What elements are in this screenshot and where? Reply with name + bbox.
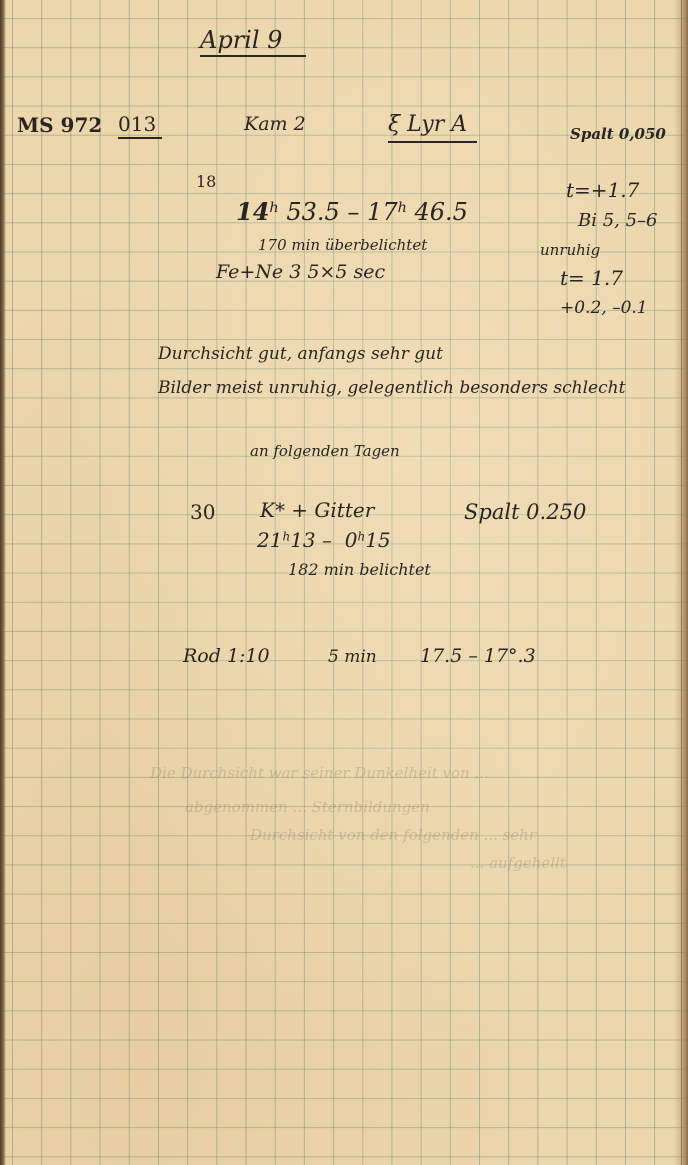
remark-line-3: an folgenden Tagen — [250, 444, 400, 459]
side-note-5: +0.2, –0.1 — [560, 300, 648, 317]
exposure-2-end-min: 15 — [365, 528, 390, 552]
plate-id: MS 972 — [17, 115, 102, 135]
page-right-edge — [674, 0, 688, 1165]
exposure-1-day: 18 — [196, 174, 216, 190]
exposure-1-duration: 170 min überbelichtet — [258, 238, 427, 253]
bleed-through-line-3: Durchsicht von den folgenden ... sehr — [250, 828, 536, 843]
exposure-2-day: 30 — [190, 502, 215, 522]
slit-width: Spalt 0,050 — [570, 127, 666, 142]
page-date: April 9 — [200, 28, 306, 57]
exposure-1-end-min: 46.5 — [415, 198, 468, 226]
time-separator: – — [322, 528, 332, 552]
exposure-2-start-hour: 21 — [257, 528, 282, 552]
side-note-1: t=+1.7 — [566, 180, 639, 200]
notebook-page: April 9 MS 972 013 Kam 2 ξ Lyr A Spalt 0… — [0, 0, 688, 1165]
development-temperature: 17.5 – 17°.3 — [420, 647, 536, 666]
developer: Rod 1:10 — [183, 647, 270, 666]
binding-edge — [0, 0, 6, 1165]
exposure-2-end-hour: 0 — [345, 528, 358, 552]
hour-mark: h — [398, 200, 407, 216]
exposure-2-slit: Spalt 0.250 — [464, 502, 586, 523]
plate-number: 013 — [118, 114, 162, 139]
exposure-1-end-hour: 17 — [367, 198, 398, 226]
exposure-2-times: 21h13 – 0h15 — [257, 530, 391, 550]
development-time: 5 min — [328, 649, 377, 666]
exposure-2-duration: 182 min belichtet — [288, 562, 431, 578]
time-separator: – — [347, 198, 359, 226]
remark-line-2: Bilder meist unruhig, gelegentlich beson… — [158, 380, 625, 397]
bleed-through-line-4: ... aufgehellt — [470, 856, 566, 871]
exposure-1-start-hour: 14 — [236, 197, 269, 226]
object-name: ξ Lyr A — [388, 114, 477, 143]
bleed-through-line-2: abgenommen ... Sternbildungen — [185, 800, 430, 815]
exposure-1-start-min: 53.5 — [286, 198, 339, 226]
side-note-4: t= 1.7 — [560, 268, 623, 288]
remark-line-1: Durchsicht gut, anfangs sehr gut — [158, 346, 443, 363]
exposure-2-start-min: 13 — [290, 528, 315, 552]
exposure-2-object: K* + Gitter — [260, 500, 374, 520]
comparison-spectrum: Fe+Ne 3 5×5 sec — [216, 263, 385, 282]
exposure-1-times: 14h 53.5 – 17h 46.5 — [236, 200, 468, 224]
hour-mark: h — [269, 200, 278, 216]
bleed-through-line-1: Die Durchsicht war seiner Dunkelheit von… — [150, 766, 489, 781]
side-note-3: unruhig — [540, 243, 600, 258]
camera-label: Kam 2 — [244, 115, 306, 134]
side-note-2: Bi 5, 5–6 — [578, 212, 658, 230]
